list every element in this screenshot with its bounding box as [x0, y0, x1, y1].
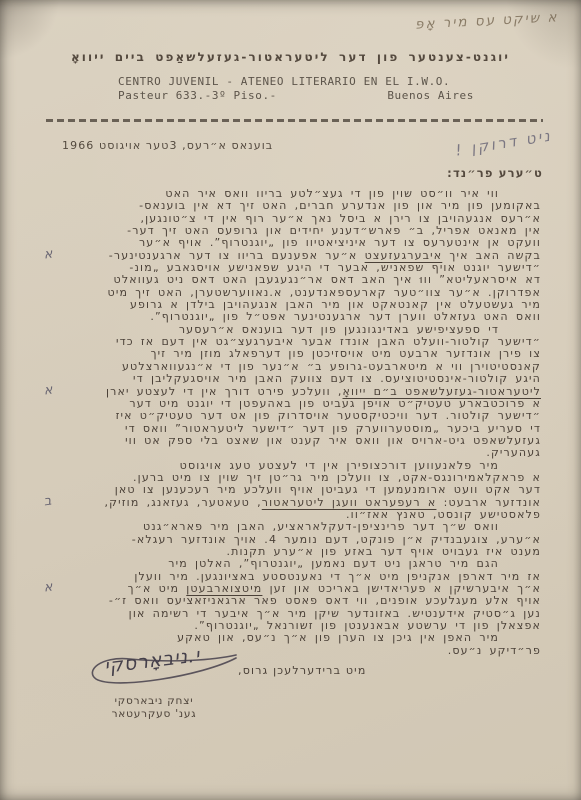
margin-mark: א	[43, 248, 53, 261]
typed-dashed-rule	[46, 119, 543, 122]
signature-block: י.ניבאָרסקי	[84, 646, 240, 696]
body-line-text: ״דישער יוגנט אויף שפאניש, אבער די היגע ש…	[129, 261, 541, 274]
signer: יצחק ניבארסקי גענ' סעקרעטאר	[98, 695, 210, 721]
body-line-text: א פרוכטבארע טעטיק״ט אויפן געביט פון באהע…	[129, 397, 541, 410]
margin-mark: א	[43, 581, 53, 594]
body-line-text: א״רעס אנגעהויבן צו רירן א ביסל נאך א״ער …	[140, 212, 541, 225]
body-line-text: אויף אלע מעגלעכע אופנים, ווי דאס פאסט פא…	[109, 594, 541, 607]
body-line-text: דער אקט וועט ארומנעמען די געביטן אויף וו…	[115, 483, 541, 496]
body-line-text: צו פירן אונדזער ארבעט מיט אויסזיכטן פון …	[151, 347, 541, 360]
dateline: בוענאס א״רעס, 3טער אויגוסט 1966	[62, 139, 273, 152]
margin-mark: א	[43, 384, 53, 397]
body-line-text: אפצאלן פון די ערשטע אבאנענטן פון זשורנאל…	[194, 619, 541, 632]
body-line-text: וואס האט געזאלט ווערן דער ארגענטינער אפט…	[150, 310, 541, 323]
body-line-text: וואס ש״ך דער פרינציפן-דעקלאראציע, האבן מ…	[143, 520, 499, 533]
body-line-text: קאנסטיטוירן ווי א מיטארבעט-גרופע ב״ א״נע…	[122, 360, 541, 373]
yiddish-masthead: יוגנט-צענטער פון דער ליטעראטור-געזעלשאַפ…	[0, 50, 581, 64]
body-line: געזעלשאפט גיט-ארויס און וואס איר קענט או…	[36, 435, 541, 447]
body-line-text: היגע קולטור-אינסטיטוציעס. צו דעם צוועק ה…	[133, 372, 541, 385]
body-line-text: א פראקלאמירונגס-אקט, צו וועלכן מיר גר״טן…	[133, 471, 541, 484]
body-line-text: אפדרוקן. א״ער צוו״טער קארעספאנדענט, א.נא…	[108, 286, 541, 299]
body-line-text: נען ג״סטיק אידענטיש. באזונדער שיקן מיר א…	[129, 607, 541, 620]
body-line-text: הגם מיר טראגן ניט דעם נאמען „יוגנטרוף”, …	[168, 557, 499, 570]
letterhead-city: Buenos Aires	[387, 89, 474, 103]
body-line-text: מיר געשטעלט אין קאנטאקט און מיר האבן אנג…	[130, 298, 541, 311]
body-line-text: די ספעציפישע באדינגונגען פון דער בוענאס …	[179, 323, 499, 336]
handwritten-dont-print-note: ניט דרוקן !	[455, 126, 554, 159]
letterhead: CENTRO JUVENIL - ATENEO LITERARIO EN EL …	[118, 75, 474, 103]
handwritten-top-note: א שיקט עס מיר אָפּ	[415, 9, 559, 32]
body-lines: ווי איר וו״סט שוין פון די געצ״לטע בריוו …	[36, 188, 541, 657]
letter-page: א שיקט עס מיר אָפּ יוגנט-צענטער פון דער …	[0, 0, 581, 800]
body-line-text: מיר האפן אין גיכן צו הערן פון א״ך נ״עס, …	[177, 631, 499, 644]
body-line-text: ״דישער קולטור-וועלט האבן אונדז אבער איבע…	[116, 335, 541, 348]
body-line-text: אין מאנאט אפריל, ב״ פארש״דענע יחידים און…	[127, 224, 541, 237]
body-line-text: ליטעראטור-געזעלשאפט ב״ם ייוואָ, וועלכע פ…	[106, 385, 541, 398]
signer-name: יצחק ניבארסקי	[98, 695, 210, 708]
body-line-text: א״ך איבערשיקן א פעריאדישן באריכט און זען…	[128, 582, 541, 595]
body-line-text: מיר פלאנעווען דורכצופירן אין די לעצטע טע…	[180, 459, 499, 472]
closing-line: מיט ברידערלעכן גרוס,	[238, 664, 367, 677]
salutation: ט״ערע פר״נד:	[447, 166, 543, 180]
body-line-text: געהעריק.	[486, 446, 541, 459]
body-line-text: דא איסראעליטא” וווּ איך האב דאס אר״נגעגע…	[114, 273, 541, 286]
body-line-text: א״ערע, צוגעבנדיק א״ן פונקט, דעם נומער 4.…	[132, 533, 541, 546]
body-line-text: מענט איז געבויט אויף דער באזע פון א״ערע …	[226, 545, 541, 558]
body-line-text: אז מיר דארפן אנקניפן מיט א״ך די נאענטסטע…	[134, 570, 541, 583]
body-line-text: ווי איר וו״סט שוין פון די געצ״לטע בריוו …	[165, 187, 499, 200]
letterhead-org: CENTRO JUVENIL - ATENEO LITERARIO EN EL …	[118, 75, 474, 89]
body-line-text: פר״דיקע נ״עס.	[448, 644, 541, 657]
body-line-text: די סעריע ביכער „מוסטערווערק פון דער ״דיש…	[125, 422, 541, 435]
margin-mark: ב	[43, 495, 52, 508]
signer-title: גענ' סעקרעטאר	[98, 708, 210, 721]
body-line-text: פלאסטישע קונסט, טאנץ אאז״וו.	[346, 508, 541, 521]
body-line-text: ״דישער קולטור. דער וויכטיקסטער אויסדרוק …	[116, 409, 541, 422]
body-line-text: אונדזער ארבעט: א רעפעראט וועגן ליטעראטור…	[105, 496, 541, 509]
letterhead-address: Pasteur 633.-3º Piso.-	[118, 89, 277, 103]
body-line-text: באקומען פון מיר און פון אנדערע חברים, הא…	[139, 199, 541, 212]
body-line-text: געזעלשאפט גיט-ארויס און וואס איר קענט או…	[125, 434, 541, 447]
body-line-text: בקשה האב איך איבערגעזעצט א״ער אפענעם ברי…	[109, 249, 541, 262]
body-line-text: וועקט אן אינטערעס צו דער איניציאטיוו פון…	[139, 236, 541, 249]
